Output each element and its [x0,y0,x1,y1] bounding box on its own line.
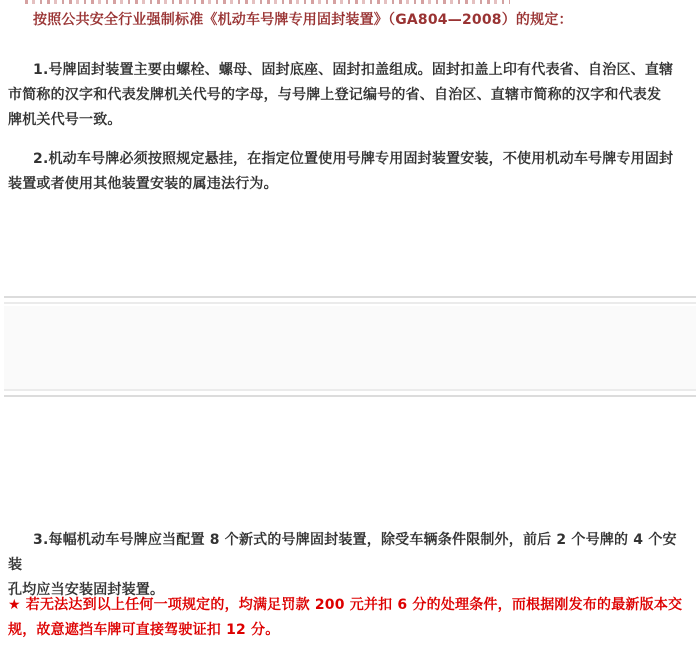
rule-paragraph-2: 2.机动车号牌必须按照规定悬挂，在指定位置使用号牌专用固封装置安装，不使用机动车… [8,147,684,197]
separator-band [4,306,696,389]
rule-paragraph-1: 1.号牌固封装置主要由螺栓、螺母、固封底座、固封扣盖组成。固封扣盖上印有代表省、… [8,58,684,133]
star-icon: ★ [8,597,21,613]
content-separator [4,296,696,397]
clipped-text-row-top [25,0,510,4]
warning-paragraph: ★若无法达到以上任何一项规定的，均满足罚款 200 元并扣 6 分的处理条件，而… [8,593,684,643]
separator-line-bottom-outer [4,395,696,397]
warning-text: 若无法达到以上任何一项规定的，均满足罚款 200 元并扣 6 分的处理条件，而根… [8,597,682,638]
intro-paragraph: 按照公共安全行业强制标准《机动车号牌专用固封装置》（GA804—2008）的规定… [8,8,684,33]
article-page: 按照公共安全行业强制标准《机动车号牌专用固封装置》（GA804—2008）的规定… [0,0,700,661]
rule-paragraph-3: 3.每幅机动车号牌应当配置 8 个新式的号牌固封装置，除受车辆条件限制外，前后 … [8,528,684,603]
